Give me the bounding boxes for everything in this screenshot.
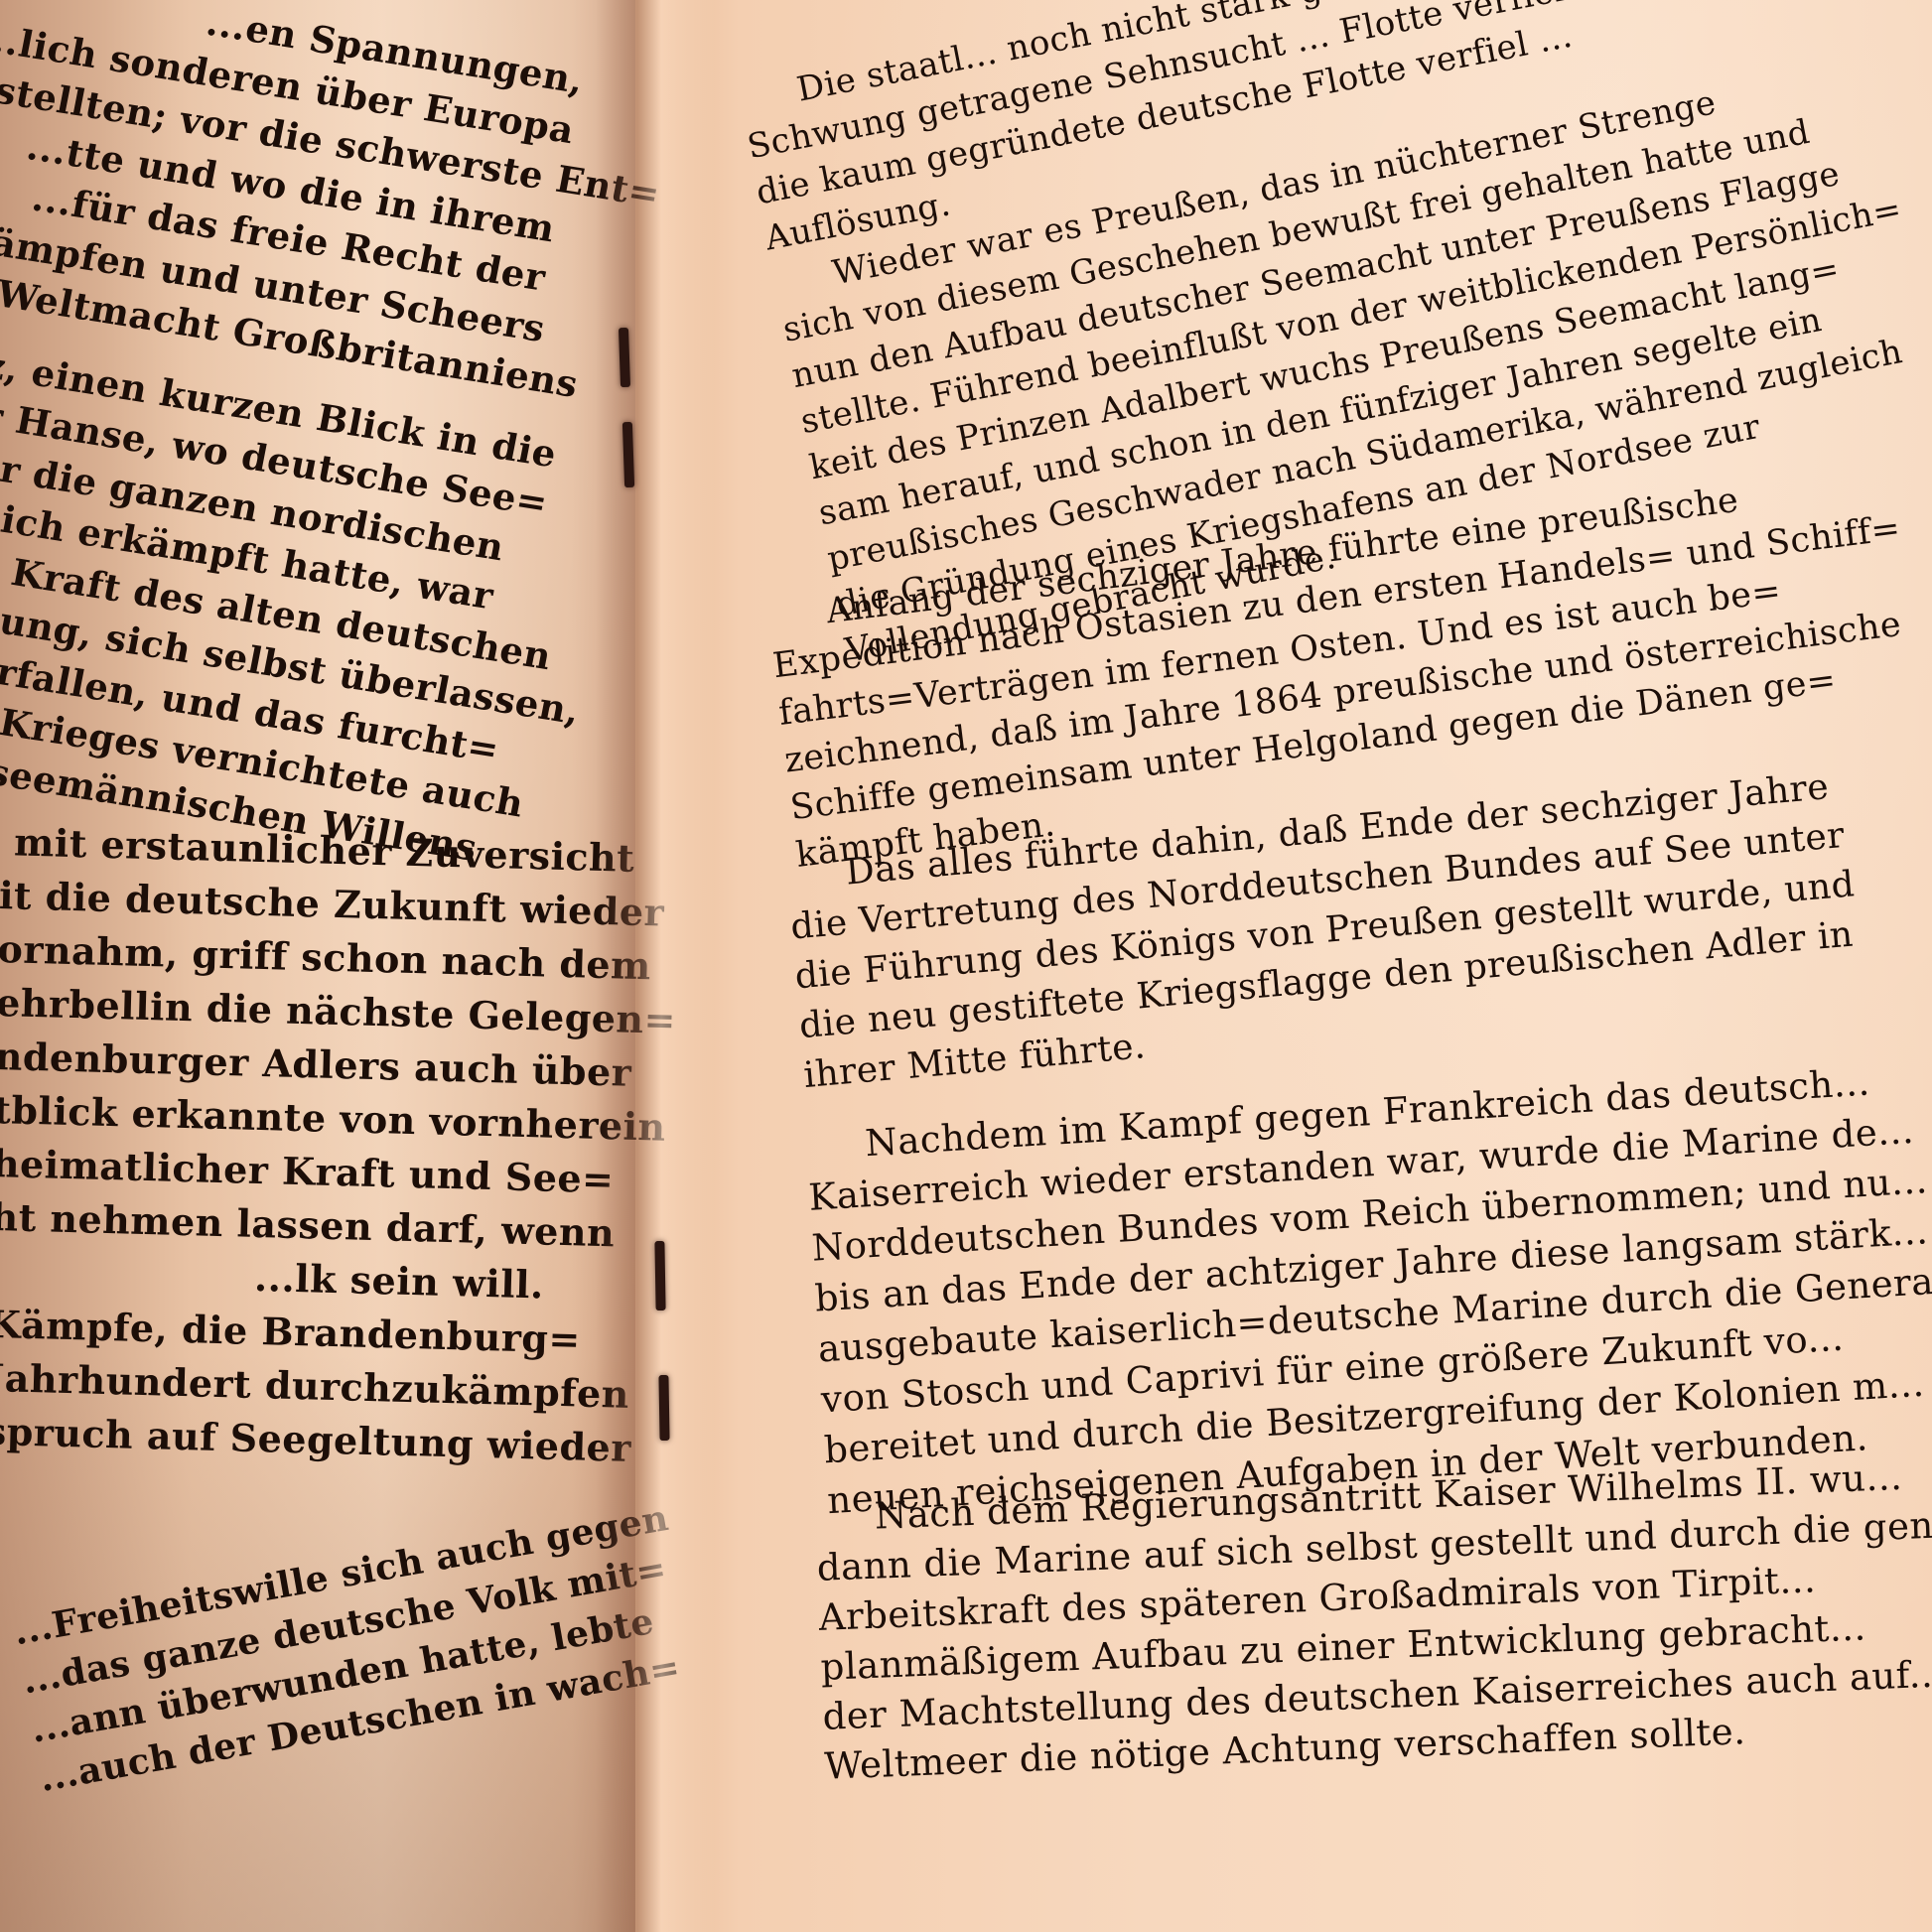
book-gutter: [596, 0, 715, 1932]
left-page-text-block-2: ... mit erstaunlicher Zuversicht ...it d…: [0, 814, 556, 1472]
staple-bottom-1: [654, 1241, 665, 1311]
open-book: ...en Spannungen, ...lich sonderen über …: [0, 0, 1932, 1932]
right-page-paragraph-5: Nachdem im Kampf gegen Frankreich das de…: [804, 1052, 1932, 1526]
left-page-text-block-1: ...en Spannungen, ...lich sonderen über …: [0, 0, 588, 866]
staple-top-1: [619, 328, 630, 387]
staple-bottom-2: [658, 1375, 669, 1441]
right-page-paragraph-6: Nach dem Regierungsantritt Kaiser Wilhel…: [814, 1450, 1932, 1792]
